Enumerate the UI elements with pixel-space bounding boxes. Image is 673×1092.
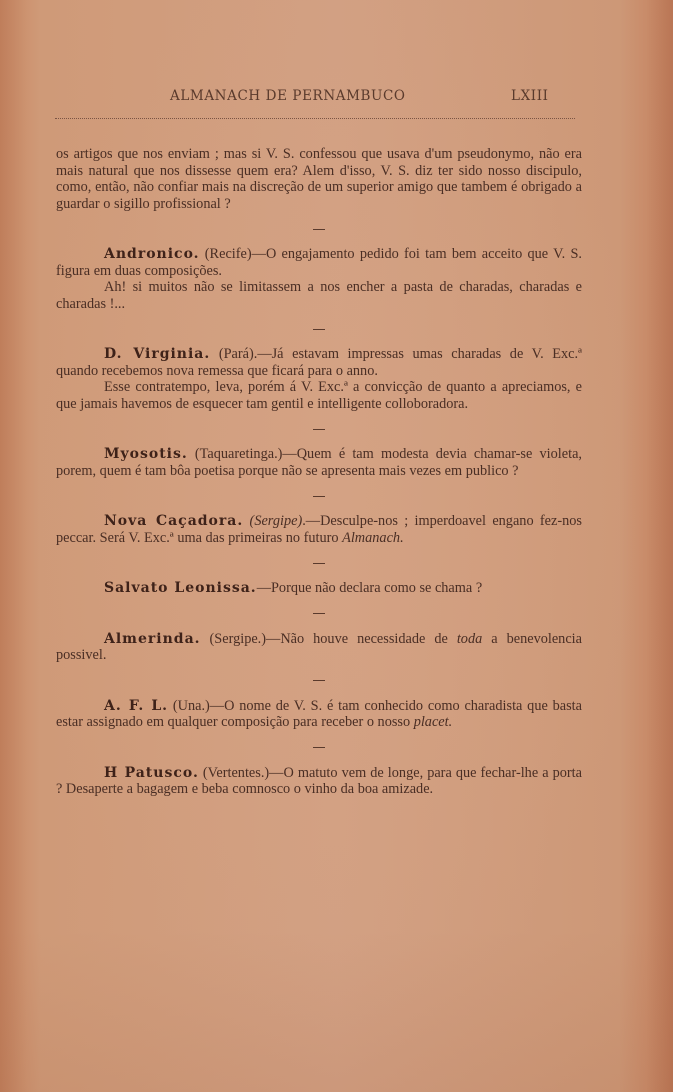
entry-place: (Vertentes.) bbox=[199, 765, 269, 781]
separator bbox=[56, 320, 582, 336]
entry-paragraph: Nova Caçadora. (Sergipe).—Desculpe-nos ;… bbox=[56, 513, 582, 546]
entry-andronico: Andronico. (Recife)—O engajamento pedido… bbox=[56, 246, 582, 312]
entry-italic-text: placet. bbox=[414, 714, 453, 730]
entry-almerinda: Almerinda. (Sergipe.)—Não houve necessid… bbox=[56, 631, 582, 664]
entry-place: (Sergipe) bbox=[243, 513, 302, 529]
separator bbox=[56, 420, 582, 436]
entry-name: D. Virginia. bbox=[104, 346, 210, 362]
entry-afl: A. F. L. (Una.)—O nome de V. S. é tam co… bbox=[56, 698, 582, 731]
entry-italic-text: toda bbox=[457, 631, 482, 647]
entry-paragraph: A. F. L. (Una.)—O nome de V. S. é tam co… bbox=[56, 698, 582, 731]
separator bbox=[56, 220, 582, 236]
entry-name: Andronico. bbox=[104, 246, 200, 262]
entry-name: Salvato Leonissa. bbox=[104, 580, 257, 596]
separator bbox=[56, 672, 582, 688]
entry-paragraph: Ah! si muitos não se limitassem a nos en… bbox=[56, 279, 582, 312]
entry-d-virginia: D. Virginia. (Pará).—Já estavam impressa… bbox=[56, 346, 582, 412]
page-number: LXIII bbox=[511, 88, 549, 104]
separator bbox=[56, 554, 582, 570]
entry-place: (Recife) bbox=[200, 246, 252, 262]
entry-place: (Pará) bbox=[210, 346, 254, 362]
intro-paragraph: os artigos que nos enviam ; mas si V. S.… bbox=[56, 146, 582, 212]
entry-name: Almerinda. bbox=[104, 631, 201, 647]
separator bbox=[56, 605, 582, 621]
entry-paragraph: D. Virginia. (Pará).—Já estavam impressa… bbox=[56, 346, 582, 379]
body-text: os artigos que nos enviam ; mas si V. S.… bbox=[56, 146, 582, 798]
book-page: ALMANACH DE PERNAMBUCO LXIII os artigos … bbox=[0, 0, 673, 1092]
entry-italic-text: Almanach. bbox=[342, 530, 404, 546]
entry-nova-cacadora: Nova Caçadora. (Sergipe).—Desculpe-nos ;… bbox=[56, 513, 582, 546]
entry-salvato-leonissa: Salvato Leonissa.—Porque não declara com… bbox=[56, 580, 582, 597]
entry-place: (Sergipe.) bbox=[201, 631, 267, 647]
entry-myosotis: Myosotis. (Taquaretinga.)—Quem é tam mod… bbox=[56, 446, 582, 479]
separator bbox=[56, 487, 582, 503]
entry-name: Myosotis. bbox=[104, 446, 188, 462]
entry-h-patusco: H Patusco. (Vertentes.)—O matuto vem de … bbox=[56, 765, 582, 798]
entry-paragraph: Esse contratempo, leva, porém á V. Exc.ª… bbox=[56, 379, 582, 412]
entry-text: —Porque não declara como se chama ? bbox=[257, 580, 482, 596]
running-header: ALMANACH DE PERNAMBUCO LXIII bbox=[55, 88, 575, 118]
entry-place: (Una.) bbox=[168, 698, 210, 714]
entry-place: (Taquaretinga.) bbox=[188, 446, 283, 462]
entry-paragraph: Myosotis. (Taquaretinga.)—Quem é tam mod… bbox=[56, 446, 582, 479]
entry-paragraph: Almerinda. (Sergipe.)—Não houve necessid… bbox=[56, 631, 582, 664]
entry-paragraph: Salvato Leonissa.—Porque não declara com… bbox=[56, 580, 582, 597]
entry-paragraph: H Patusco. (Vertentes.)—O matuto vem de … bbox=[56, 765, 582, 798]
separator bbox=[56, 739, 582, 755]
entry-paragraph: Andronico. (Recife)—O engajamento pedido… bbox=[56, 246, 582, 279]
running-title: ALMANACH DE PERNAMBUCO bbox=[170, 88, 406, 104]
entry-name: Nova Caçadora. bbox=[104, 513, 243, 529]
entry-text: —Não houve necessidade de bbox=[266, 631, 457, 647]
entry-name: H Patusco. bbox=[104, 765, 199, 781]
entry-name: A. F. L. bbox=[104, 698, 168, 714]
header-rule bbox=[55, 118, 575, 119]
